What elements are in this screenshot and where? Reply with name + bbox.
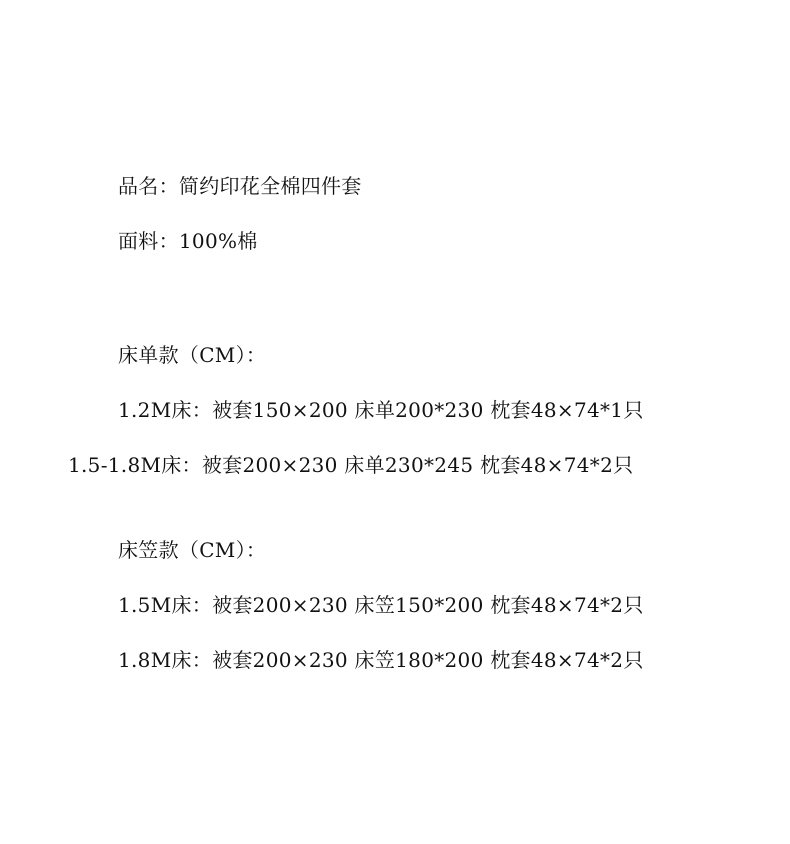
section-title-sheet: 床单款（CM）： bbox=[118, 343, 266, 367]
size-row: 1.5-1.8M床：被套200×230 床单230*245 枕套48×74*2只 bbox=[68, 453, 633, 477]
size-row: 1.2M床：被套150×200 床单200*230 枕套48×74*1只 bbox=[118, 398, 644, 422]
size-row: 1.8M床：被套200×230 床笠180*200 枕套48×74*2只 bbox=[118, 648, 644, 672]
section-title-fitted: 床笠款（CM）： bbox=[118, 538, 266, 562]
fabric-info: 面料：100%棉 bbox=[118, 229, 258, 253]
product-name: 品名：简约印花全棉四件套 bbox=[118, 174, 362, 198]
size-row: 1.5M床：被套200×230 床笠150*200 枕套48×74*2只 bbox=[118, 593, 644, 617]
